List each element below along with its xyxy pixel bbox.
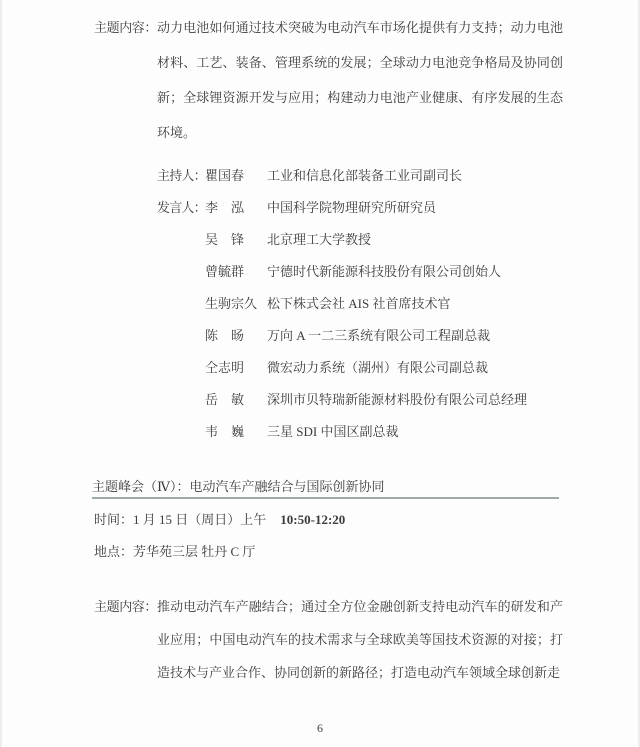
- row-label: [157, 384, 205, 416]
- speaker-row: 曾毓群 宁德时代新能源科技股份有限公司创始人: [157, 256, 597, 288]
- row-label: [157, 224, 205, 256]
- speaker-row: 岳 敏 深圳市贝特瑞新能源材料股份有限公司总经理: [157, 384, 597, 416]
- row-label: [157, 352, 205, 384]
- speaker-row: 韦 巍 三星 SDI 中国区副总裁: [157, 416, 597, 448]
- program-page: 主题内容： 动力电池如何通过技术突破为电动汽车市场化提供有力支持；动力电池材料、…: [0, 0, 640, 747]
- person-title: 工业和信息化部装备工业司副司长: [267, 160, 597, 192]
- person-title: 松下株式会社 AIS 社首席技术官: [267, 288, 597, 320]
- person-title: 微宏动力系统（湖州）有限公司副总裁: [267, 352, 597, 384]
- speaker-row: 仝志明 微宏动力系统（湖州）有限公司副总裁: [157, 352, 597, 384]
- person-name: 岳 敏: [205, 384, 267, 416]
- venue-value: 芳华苑三层 牡丹 C 厅: [133, 544, 255, 559]
- speaker-row: 陈 旸 万向 A 一二三系统有限公司工程副总裁: [157, 320, 597, 352]
- row-label: [157, 288, 205, 320]
- person-name: 仝志明: [205, 352, 267, 384]
- venue-label: 地点：: [94, 544, 133, 559]
- summit4-heading: 主题峰会（Ⅳ）：电动汽车产融结合与国际创新协同: [92, 477, 559, 499]
- row-label: [157, 320, 205, 352]
- person-name: 吴 锋: [205, 224, 267, 256]
- venue-line: 地点：芳华苑三层 牡丹 C 厅: [94, 543, 255, 561]
- person-name: 曾毓群: [205, 256, 267, 288]
- row-label: [157, 256, 205, 288]
- time-range: 10:50-12:20: [280, 512, 345, 527]
- battery-session-content: 主题内容： 动力电池如何通过技术突破为电动汽车市场化提供有力支持；动力电池材料、…: [94, 10, 563, 150]
- speaker-row: 发言人： 李 泓 中国科学院物理研究所研究员: [157, 192, 597, 224]
- summit4-content: 主题内容： 推动电动汽车产融结合；通过全方位金融创新支持电动汽车的研发和产业应用…: [94, 590, 563, 689]
- person-name: 李 泓: [205, 192, 267, 224]
- page-number: 6: [2, 721, 638, 735]
- person-title: 宁德时代新能源科技股份有限公司创始人: [267, 256, 597, 288]
- speakers-label: 发言人：: [157, 192, 205, 224]
- speaker-row: 吴 锋 北京理工大学教授: [157, 224, 597, 256]
- person-name: 瞿国春: [205, 160, 267, 192]
- person-name: 生驹宗久: [205, 288, 267, 320]
- person-title: 三星 SDI 中国区副总裁: [267, 416, 597, 448]
- time-value: 1 月 15 日（周日）上午: [133, 512, 266, 527]
- host-label: 主持人：: [157, 160, 205, 192]
- person-title: 北京理工大学教授: [267, 224, 597, 256]
- person-title: 中国科学院物理研究所研究员: [267, 192, 597, 224]
- time-label: 时间：: [94, 512, 133, 527]
- person-name: 陈 旸: [205, 320, 267, 352]
- content-text: 推动电动汽车产融结合；通过全方位金融创新支持电动汽车的研发和产业应用；中国电动汽…: [157, 599, 563, 680]
- speaker-row: 生驹宗久 松下株式会社 AIS 社首席技术官: [157, 288, 597, 320]
- row-label: [157, 416, 205, 448]
- content-text: 动力电池如何通过技术突破为电动汽车市场化提供有力支持；动力电池材料、工艺、装备、…: [157, 20, 563, 140]
- people-list: 主持人： 瞿国春 工业和信息化部装备工业司副司长 发言人： 李 泓 中国科学院物…: [157, 160, 597, 448]
- person-title: 万向 A 一二三系统有限公司工程副总裁: [267, 320, 597, 352]
- person-name: 韦 巍: [205, 416, 267, 448]
- content-label: 主题内容：: [94, 590, 157, 623]
- time-line: 时间：1 月 15 日（周日）上午10:50-12:20: [94, 511, 345, 529]
- content-label: 主题内容：: [94, 10, 157, 45]
- host-row: 主持人： 瞿国春 工业和信息化部装备工业司副司长: [157, 160, 597, 192]
- person-title: 深圳市贝特瑞新能源材料股份有限公司总经理: [267, 384, 597, 416]
